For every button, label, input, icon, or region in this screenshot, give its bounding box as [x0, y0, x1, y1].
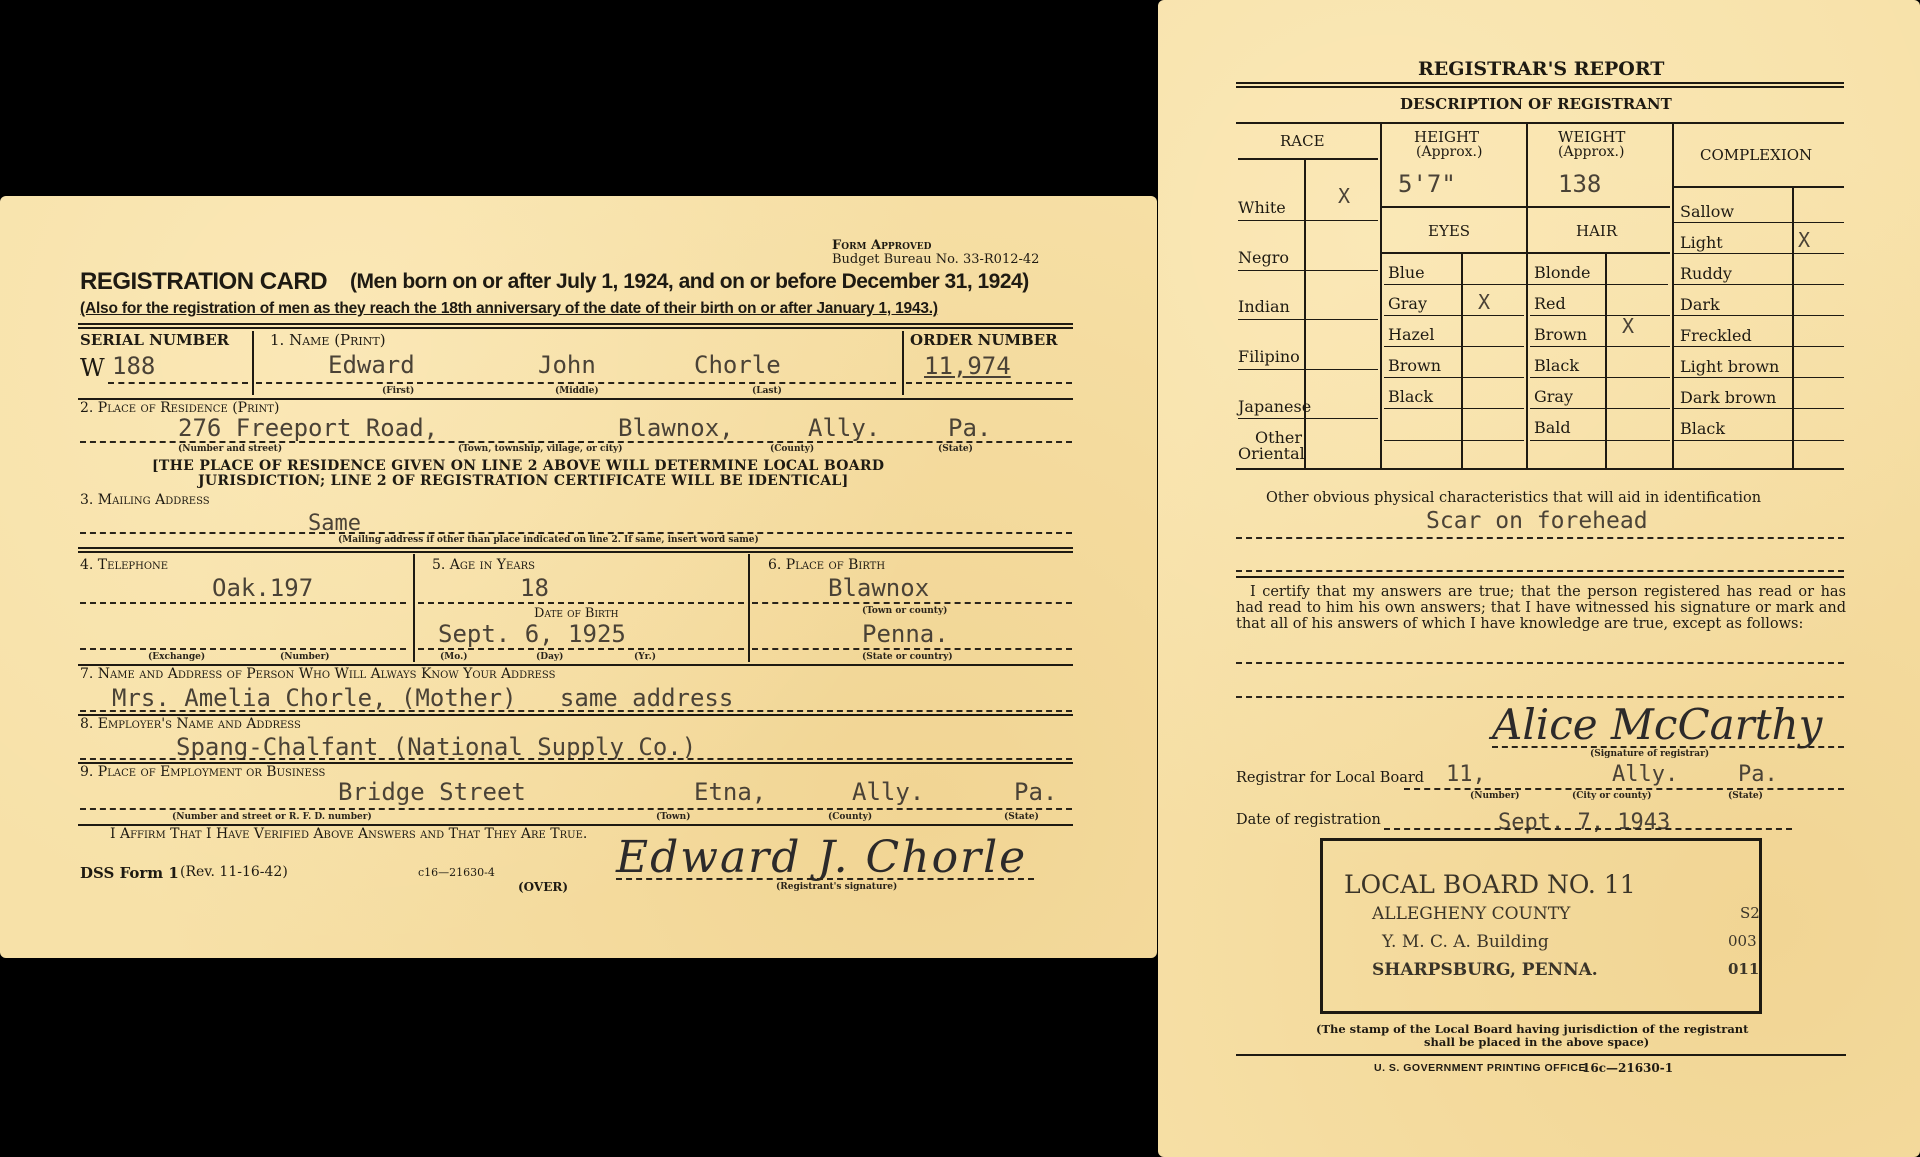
serial-number-label: SERIAL NUMBER	[80, 331, 229, 349]
telephone-value: Oak.197	[212, 574, 313, 602]
race-japanese: Japanese	[1238, 397, 1311, 416]
birthplace-label: 6. Place of Birth	[768, 557, 885, 573]
stamp-city: SHARPSBURG, PENNA.	[1372, 960, 1598, 980]
order-number-value: 11,974	[924, 352, 1011, 380]
town-caption: (Town, township, village, or city)	[458, 444, 623, 454]
over-note: (OVER)	[518, 880, 568, 894]
hair-checkmark: X	[1622, 314, 1634, 338]
name-label: 1. Name (Print)	[270, 331, 386, 349]
telephone-label: 4. Telephone	[80, 557, 168, 573]
residence-street-value: 276 Freeport Road,	[178, 414, 438, 442]
serial-number-value: 188	[112, 352, 155, 380]
race-other-oriental: Other Oriental	[1238, 430, 1302, 462]
employment-state-value: Pa.	[1014, 778, 1057, 806]
race-checkmark: X	[1338, 184, 1350, 208]
race-negro: Negro	[1238, 248, 1289, 267]
jurisdiction-notice-1: [THE PLACE OF RESIDENCE GIVEN ON LINE 2 …	[152, 458, 884, 474]
eyes-blue: Blue	[1388, 263, 1425, 282]
stamp-county: ALLEGHENY COUNTY	[1372, 904, 1570, 924]
middle-name-value: John	[538, 351, 596, 379]
card-subtitle: (Also for the registration of men as the…	[80, 300, 938, 318]
weight-value: 138	[1558, 170, 1601, 198]
street-caption: (Number and street)	[178, 444, 282, 454]
height-approx: (Approx.)	[1416, 144, 1482, 160]
eyes-header: EYES	[1428, 222, 1470, 240]
race-indian: Indian	[1238, 297, 1290, 316]
employer-label: 8. Employer's Name and Address	[80, 716, 301, 732]
birthplace-state-caption: (State or country)	[862, 652, 953, 662]
registrant-signature: Edward J. Chorle	[616, 832, 1027, 883]
stamp-code-2: 003	[1728, 932, 1757, 950]
stamp-code-3: 011	[1728, 960, 1759, 978]
hair-blonde: Blonde	[1534, 263, 1591, 282]
race-filipino: Filipino	[1238, 347, 1300, 366]
employer-value: Spang-Chalfant (National Supply Co.)	[176, 733, 696, 761]
employment-street-value: Bridge Street	[338, 778, 526, 806]
other-characteristics-label: Other obvious physical characteristics t…	[1266, 490, 1761, 506]
stamp-board-number: LOCAL BOARD NO. 11	[1344, 870, 1636, 899]
contact-value: Mrs. Amelia Chorle, (Mother) same addres…	[112, 684, 733, 712]
last-caption: (Last)	[752, 386, 782, 396]
first-name-value: Edward	[328, 351, 415, 379]
race-white: White	[1238, 198, 1286, 217]
employment-county-value: Ally.	[852, 778, 924, 806]
employment-state-caption: (State)	[1004, 812, 1039, 822]
form-id: DSS Form 1	[80, 864, 179, 882]
eyes-gray: Gray	[1388, 294, 1427, 313]
hair-bald: Bald	[1534, 418, 1571, 437]
employment-label: 9. Place of Employment or Business	[80, 764, 325, 780]
height-value: 5'7"	[1398, 170, 1456, 198]
stamp-code-1: S2	[1740, 904, 1760, 922]
residence-state-value: Pa.	[948, 414, 991, 442]
hair-gray: Gray	[1534, 387, 1573, 406]
first-caption: (First)	[382, 386, 414, 396]
registration-date-label: Date of registration	[1236, 812, 1381, 828]
complexion-header: COMPLEXION	[1700, 146, 1812, 164]
board-number-caption: (Number)	[1470, 791, 1520, 801]
employment-town-value: Etna,	[694, 778, 766, 806]
complexion-checkmark: X	[1798, 228, 1810, 252]
complexion-sallow: Sallow	[1680, 202, 1734, 221]
signature-caption: (Registrant's signature)	[776, 882, 897, 892]
dob-value: Sept. 6, 1925	[438, 620, 626, 648]
board-state-caption: (State)	[1728, 791, 1763, 801]
birthplace-state-value: Penna.	[862, 620, 949, 648]
employment-county-caption: (County)	[828, 812, 872, 822]
complexion-freckled: Freckled	[1680, 326, 1752, 345]
printer-label: U. S. GOVERNMENT PRINTING OFFICE	[1374, 1062, 1586, 1074]
stamp-building: Y. M. C. A. Building	[1382, 932, 1549, 952]
residence-town-value: Blawnox,	[618, 414, 734, 442]
year-caption: (Yr.)	[634, 652, 656, 662]
contact-label: 7. Name and Address of Person Who Will A…	[80, 666, 555, 682]
description-heading: DESCRIPTION OF REGISTRANT	[1400, 95, 1672, 113]
mailing-caption: (Mailing address if other than place ind…	[338, 535, 759, 545]
eyes-checkmark: X	[1478, 290, 1490, 314]
hair-black: Black	[1534, 356, 1579, 375]
affirmation-text: I Affirm That I Have Verified Above Answ…	[110, 826, 587, 842]
hair-red: Red	[1534, 294, 1566, 313]
eyes-brown: Brown	[1388, 356, 1441, 375]
local-board-state: Pa.	[1738, 762, 1778, 787]
registrars-report-back: REGISTRAR'S REPORT DESCRIPTION OF REGIST…	[1158, 0, 1920, 1157]
stamp-note-2: shall be placed in the above space)	[1424, 1035, 1649, 1049]
exchange-caption: (Exchange)	[148, 652, 205, 662]
race-header: RACE	[1280, 132, 1325, 150]
residence-county-value: Ally.	[808, 414, 880, 442]
registrar-signature-caption: (Signature of registrar)	[1590, 749, 1709, 759]
employment-town-caption: (Town)	[656, 812, 690, 822]
budget-bureau-number: Budget Bureau No. 33-R012-42	[832, 252, 1039, 267]
birthplace-town-value: Blawnox	[828, 574, 929, 602]
weight-approx: (Approx.)	[1558, 144, 1624, 160]
registration-card-front: Form Approved Budget Bureau No. 33-R012-…	[0, 196, 1157, 958]
age-label: 5. Age in Years	[432, 557, 535, 573]
age-value: 18	[520, 574, 549, 602]
print-code: c16—21630-4	[418, 866, 495, 879]
employment-street-caption: (Number and street or R. F. D. number)	[172, 812, 372, 822]
complexion-dark: Dark	[1680, 295, 1720, 314]
complexion-black: Black	[1680, 419, 1725, 438]
card-title: REGISTRATION CARD	[80, 268, 327, 296]
local-board-number: 11,	[1446, 762, 1486, 787]
other-characteristics-value: Scar on forehead	[1426, 508, 1648, 534]
month-caption: (Mo.)	[440, 652, 467, 662]
mailing-address-label: 3. Mailing Address	[80, 492, 210, 508]
state-caption: (State)	[938, 444, 973, 454]
county-caption: (County)	[770, 444, 814, 454]
dob-label: Date of Birth	[534, 606, 618, 621]
eyes-black: Black	[1388, 387, 1433, 406]
birthplace-town-caption: (Town or county)	[862, 606, 947, 616]
stamp-note-1: (The stamp of the Local Board having jur…	[1316, 1022, 1748, 1036]
complexion-ruddy: Ruddy	[1680, 264, 1732, 283]
printer-code: 16c—21630-1	[1582, 1061, 1673, 1075]
number-caption: (Number)	[280, 652, 330, 662]
serial-prefix: W	[80, 354, 105, 382]
card-title-note: (Men born on or after July 1, 1924, and …	[350, 270, 1029, 294]
complexion-light-brown: Light brown	[1680, 357, 1779, 376]
local-board-stamp-box	[1320, 838, 1762, 1014]
last-name-value: Chorle	[694, 351, 781, 379]
hair-header: HAIR	[1576, 222, 1617, 240]
report-title: REGISTRAR'S REPORT	[1418, 58, 1664, 80]
jurisdiction-notice-2: JURISDICTION; LINE 2 OF REGISTRATION CER…	[198, 473, 849, 489]
complexion-light: Light	[1680, 233, 1723, 252]
order-number-label: ORDER NUMBER	[910, 331, 1058, 349]
form-approved: Form Approved	[832, 238, 931, 253]
registration-date-value: Sept. 7, 1943	[1498, 810, 1670, 835]
eyes-hazel: Hazel	[1388, 325, 1435, 344]
complexion-dark-brown: Dark brown	[1680, 388, 1776, 407]
certification-text: I certify that my answers are true; that…	[1236, 584, 1846, 632]
local-board-county: Ally.	[1612, 762, 1678, 787]
city-county-caption: (City or county)	[1572, 791, 1651, 801]
hair-brown: Brown	[1534, 325, 1587, 344]
middle-caption: (Middle)	[555, 386, 599, 396]
registrar-signature: Alice McCarthy	[1492, 700, 1822, 749]
local-board-label: Registrar for Local Board	[1236, 770, 1424, 786]
form-revision: (Rev. 11-16-42)	[180, 864, 288, 880]
day-caption: (Day)	[536, 652, 563, 662]
